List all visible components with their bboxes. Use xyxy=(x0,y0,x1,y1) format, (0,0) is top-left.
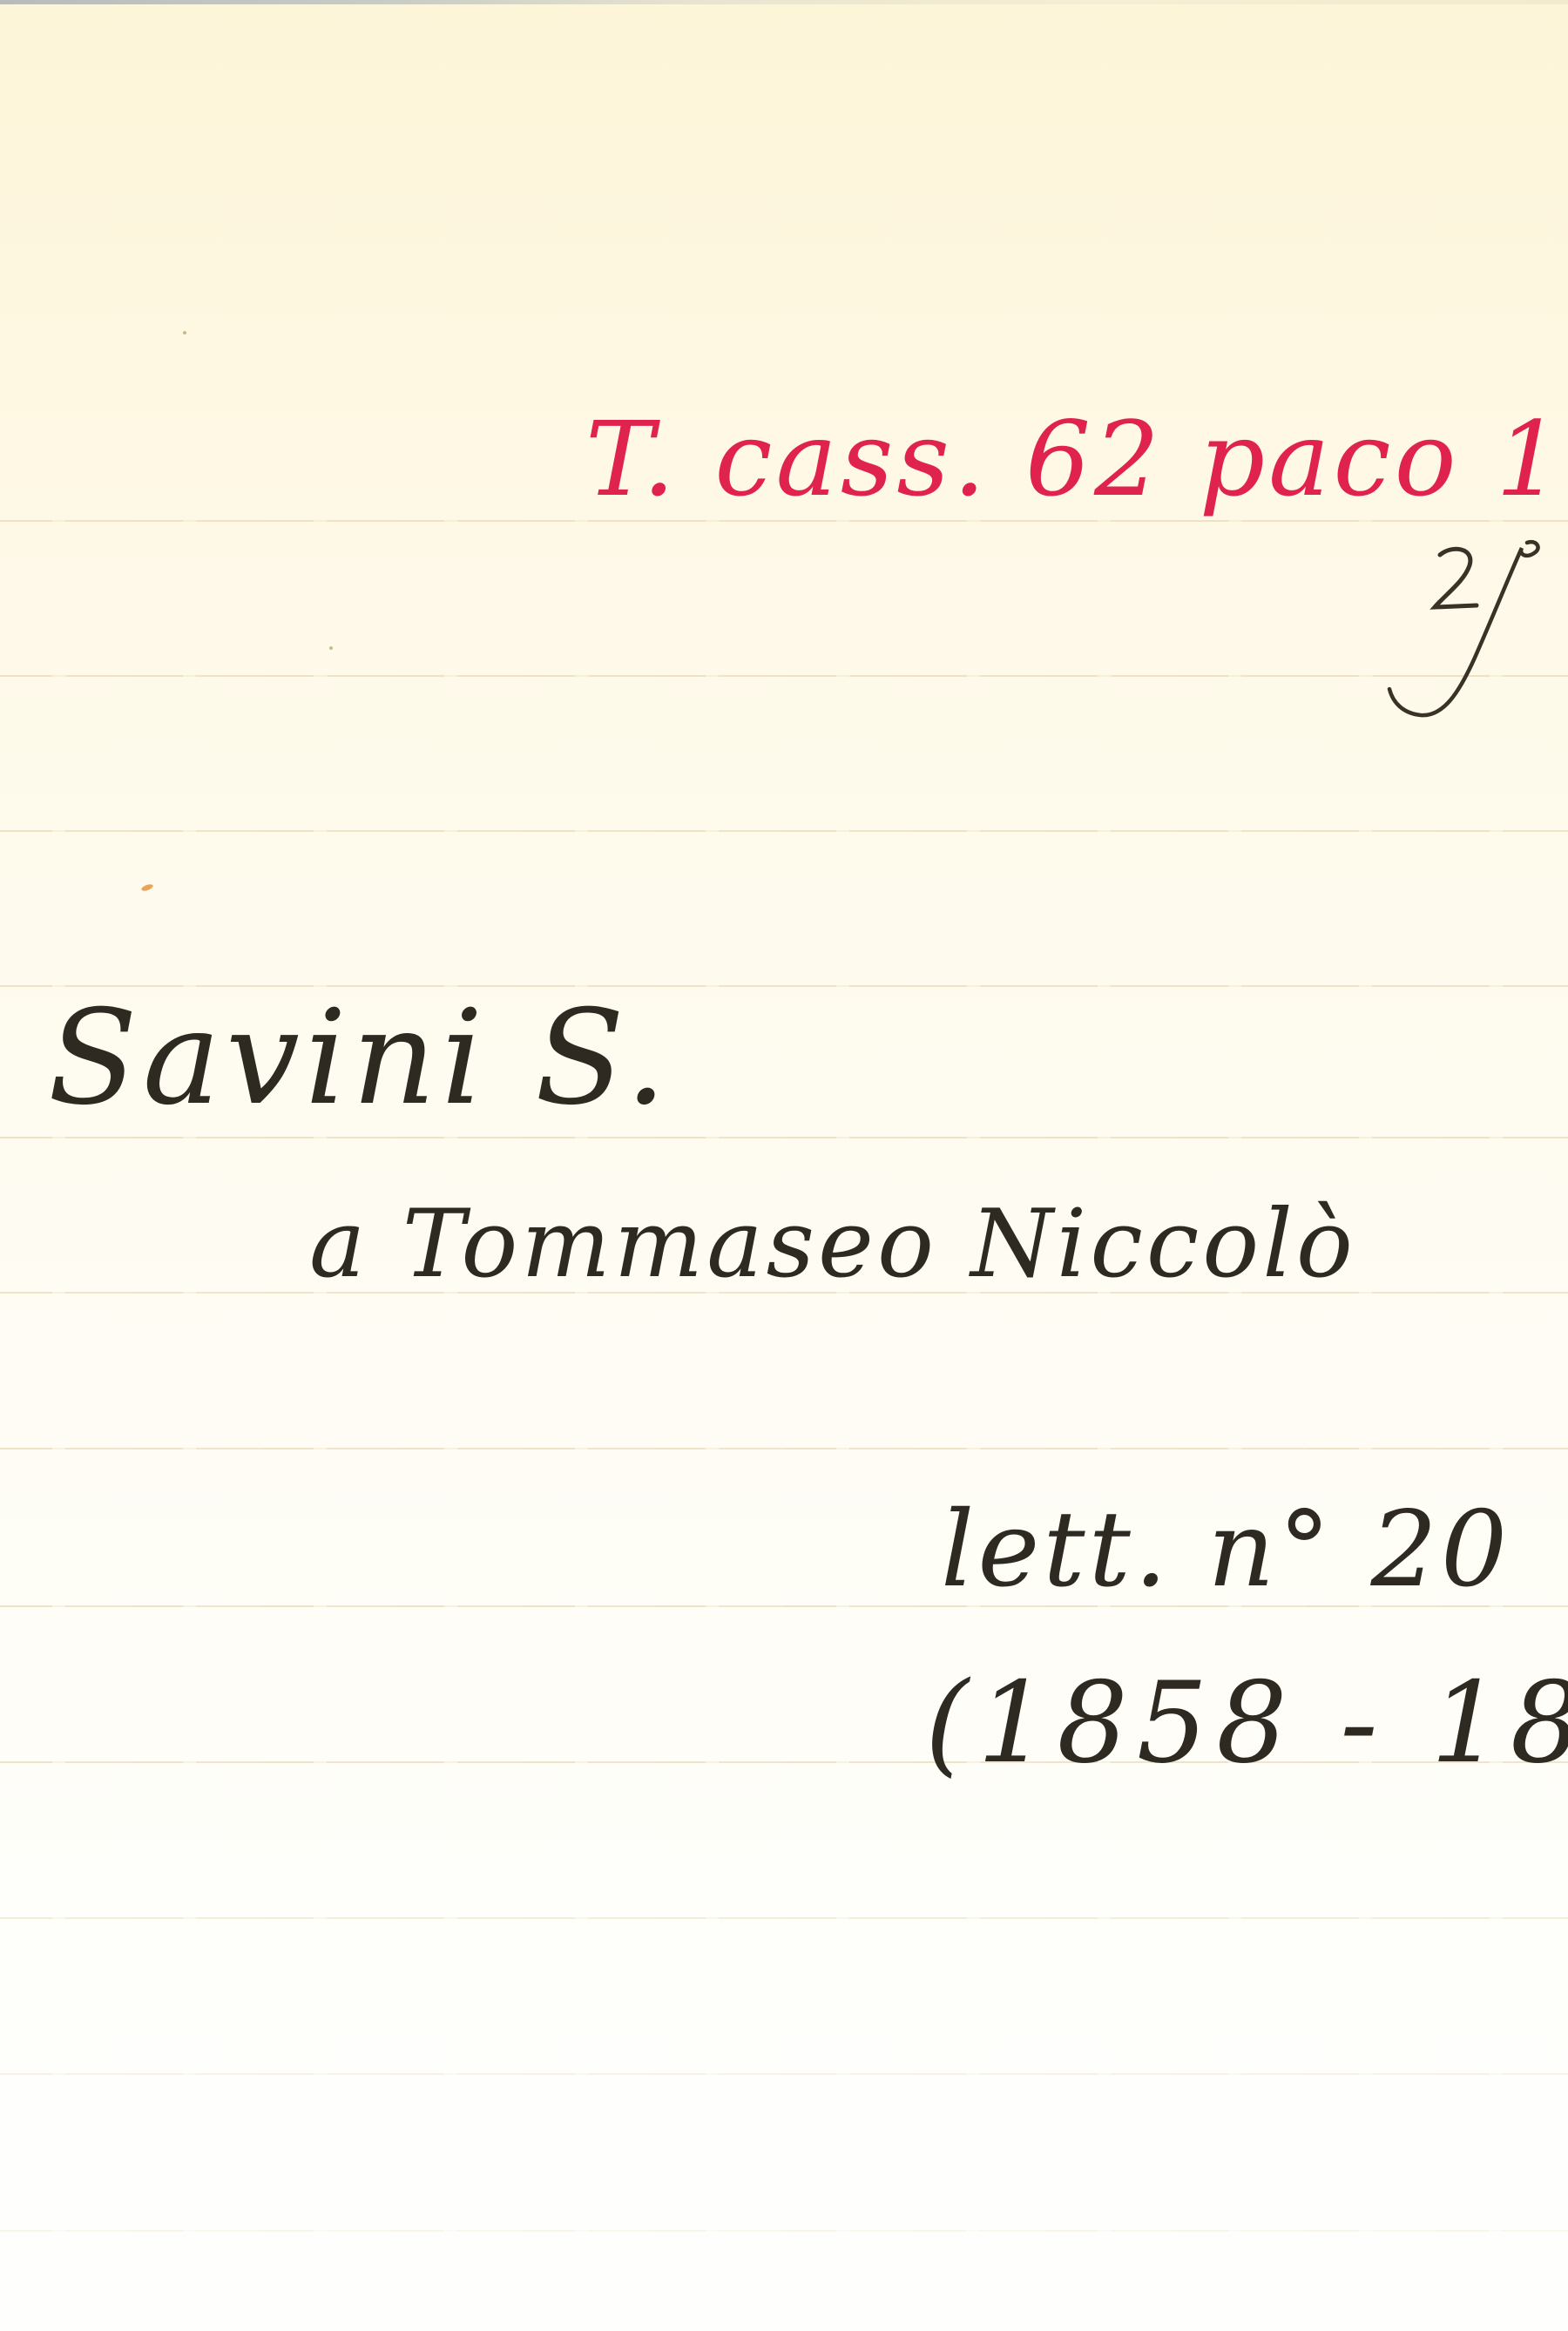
ruled-line xyxy=(0,2073,1568,2075)
ruled-line xyxy=(0,2230,1568,2232)
ruled-line xyxy=(0,1137,1568,1138)
recipient-name: a Tommaseo Niccolò xyxy=(309,1198,1356,1292)
ruled-line xyxy=(0,675,1568,677)
paper-speck xyxy=(328,645,333,650)
letter-count: lett. n° 20 xyxy=(941,1498,1511,1603)
card-top-edge xyxy=(0,0,1568,4)
catalogue-card: T. cass. 62 paco 116. 2f Savini S. a Tom… xyxy=(0,0,1568,2331)
paper-speck xyxy=(182,330,186,334)
ruled-line xyxy=(0,1448,1568,1449)
ruled-line xyxy=(0,830,1568,832)
call-number: T. cass. 62 paco 116. xyxy=(585,408,1568,510)
ruled-line xyxy=(0,520,1568,522)
folio-mark-glyph xyxy=(1372,536,1546,727)
paper-speck xyxy=(140,883,153,892)
date-range: (1858 - 1859) xyxy=(925,1668,1568,1780)
ruled-line xyxy=(0,1917,1568,1919)
author-name: Savini S. xyxy=(48,993,672,1124)
